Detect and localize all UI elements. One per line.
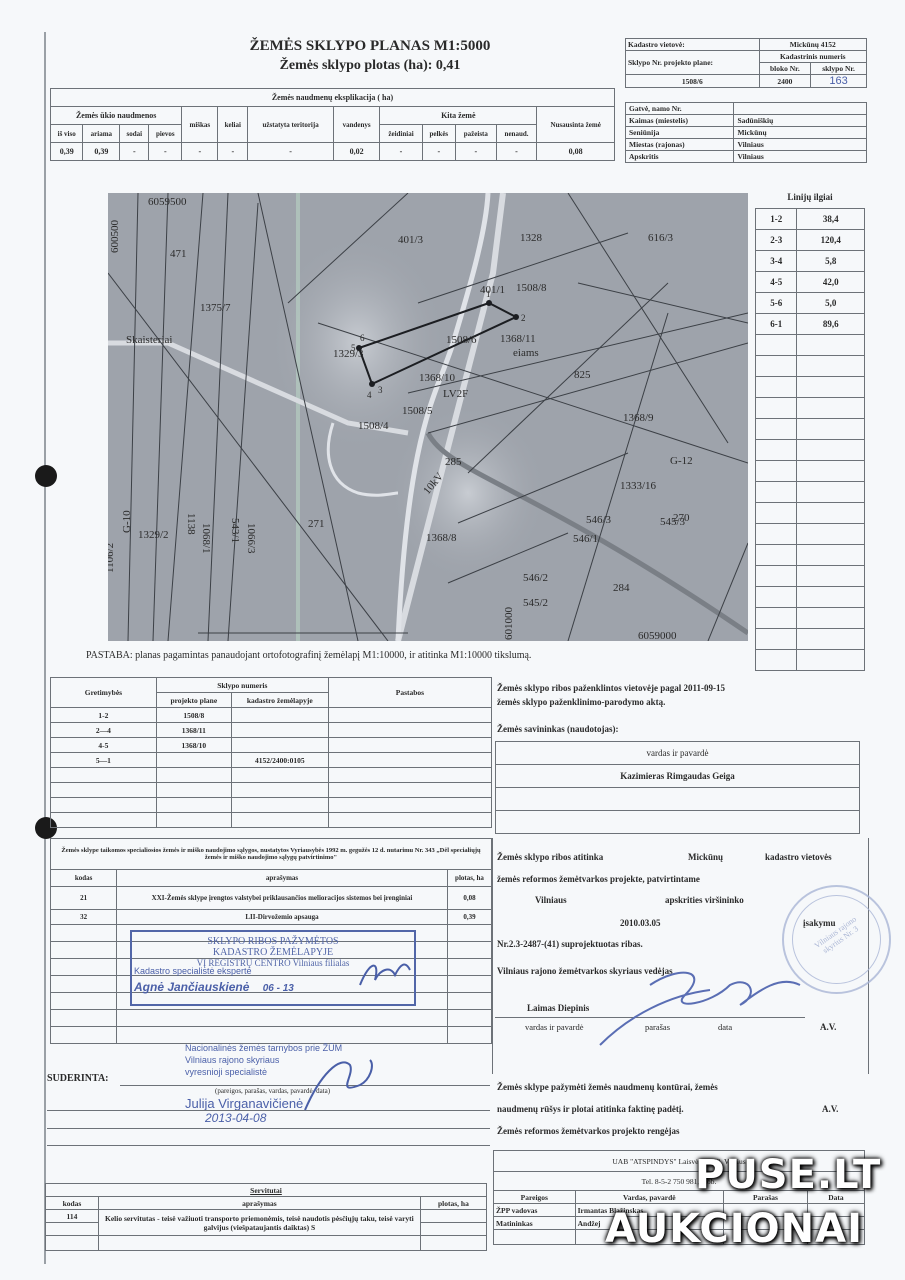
owner-label: Žemės savininkas (naudotojas): [497, 724, 619, 734]
neighbor-row [51, 783, 492, 798]
cell [797, 545, 865, 566]
line-length-row: 6-189,6 [756, 314, 865, 335]
label: bloko Nr. [759, 63, 811, 75]
col-header: Pastabos [328, 678, 491, 708]
plot-area: Žemės sklypo plotas (ha): 0,41 [150, 58, 590, 74]
col-header: keliai [218, 107, 248, 143]
cell: 6-1 [756, 314, 797, 335]
label: Kaimas (miestelis) [626, 115, 734, 127]
line-length-row [756, 377, 865, 398]
col-header: ariama [83, 125, 120, 143]
map-label: 1138 [185, 513, 197, 535]
map-label: 6059500 [148, 196, 187, 208]
map-label: 1333/16 [620, 480, 657, 492]
cell: 1-2 [51, 708, 157, 723]
map-label: LV2F [443, 388, 468, 400]
cell [328, 768, 491, 783]
survey-text: Žemės reformos žemėtvarkos projekto reng… [497, 1126, 679, 1136]
line-length-row [756, 503, 865, 524]
col-header: aprašymas [117, 870, 448, 887]
cell: LII-Dirvožemio apsauga [117, 910, 448, 925]
map-label: 546/1 [573, 533, 598, 545]
map-label: G-10 [121, 510, 133, 533]
agreed-date: 2013-04-08 [205, 1111, 266, 1125]
map-label: 1068/1 [200, 523, 212, 554]
cell [797, 629, 865, 650]
watermark-line-2: AUKCIONAI [605, 1206, 863, 1252]
value: Vilniaus [734, 139, 867, 151]
col-header: miškas [182, 107, 218, 143]
cell: Kelio servitutas - teisė važiuoti transp… [98, 1210, 420, 1236]
map-label: 1368/8 [426, 532, 457, 544]
value: Mickūnų [734, 127, 867, 139]
map-label: 546/2 [523, 572, 548, 584]
cell: 0,39 [447, 910, 491, 925]
value: Vilniaus [734, 151, 867, 163]
neighbor-row [51, 813, 492, 828]
value [734, 103, 867, 115]
value: Sadūniškių [734, 115, 867, 127]
cell [156, 798, 231, 813]
conformity-text: Žemės sklypo ribos atitinka [497, 852, 603, 862]
map-label: 401/3 [398, 234, 424, 246]
map-label: 1328 [520, 232, 543, 244]
cell: - [182, 143, 218, 161]
map-label: 1368/11 [500, 333, 536, 345]
cell [156, 813, 231, 828]
agreed-name: Julija Virganavičienė [185, 1096, 303, 1111]
map-label: 825 [574, 369, 591, 381]
cell [231, 813, 328, 828]
cell [756, 608, 797, 629]
cell: 0,39 [51, 143, 83, 161]
conformity-text: apskrities viršininko [665, 895, 744, 905]
cell [156, 753, 231, 768]
map-label: 1368/10 [419, 372, 456, 384]
label: Kadastrinis numeris [759, 51, 866, 63]
neighbor-row [51, 798, 492, 813]
map-label: G-12 [670, 455, 693, 467]
neighbor-row: 1-21508/8 [51, 708, 492, 723]
map-label: 1106/2 [108, 543, 116, 573]
cell: 5,8 [797, 251, 865, 272]
cell [328, 753, 491, 768]
cell: 21 [51, 887, 117, 910]
map-label: 1329/3 [333, 348, 364, 360]
cell: 1368/11 [156, 723, 231, 738]
cell [51, 798, 157, 813]
cell: - [120, 143, 149, 161]
cell: 0,39 [83, 143, 120, 161]
cell: 2-3 [756, 230, 797, 251]
map-label: 1508/4 [358, 420, 389, 432]
cell: 0,02 [334, 143, 380, 161]
orthophoto-map: 60595006005004711375/7Skaisteriai1329/34… [108, 193, 748, 641]
label: Kadastro vietovė: [626, 39, 760, 51]
col-header: kodas [51, 870, 117, 887]
cell [328, 708, 491, 723]
signature-icon [355, 955, 415, 995]
cell [231, 738, 328, 753]
cell: 5-6 [756, 293, 797, 314]
stamp-date: 06 - 13 [263, 983, 294, 994]
cell [231, 798, 328, 813]
cell: - [218, 143, 248, 161]
cell: 1508/8 [156, 708, 231, 723]
cell: - [380, 143, 422, 161]
cell [797, 377, 865, 398]
cell: - [248, 143, 334, 161]
marking-line-2: žemės sklypo paženklinimo-parodymo aktą. [497, 697, 665, 707]
stamp-line: SKLYPO RIBOS PAŽYMĖTOS [132, 936, 414, 947]
col-header: Nusausinta žemė [537, 107, 615, 143]
label: Sklypo Nr. projekto plane: [626, 51, 760, 75]
cell [797, 440, 865, 461]
cell [797, 608, 865, 629]
av-mark: A.V. [822, 1104, 838, 1114]
map-label: 1368/9 [623, 412, 654, 424]
line-length-row: 2-3120,4 [756, 230, 865, 251]
boundary-point-label: 1 [486, 289, 491, 299]
cell: XXI-Žemės sklype įrengtos valstybei prik… [117, 887, 448, 910]
boundary-point-label: 5 [351, 343, 356, 353]
map-note: PASTABA: planas pagamintas panaudojant o… [86, 650, 531, 661]
cell: - [422, 143, 455, 161]
line-length-row [756, 440, 865, 461]
owner-header: vardas ir pavardė [496, 742, 860, 765]
cell [797, 524, 865, 545]
survey-text: naudmenų rūšys ir plotai atitinka faktin… [497, 1104, 684, 1114]
conformity-order: Nr.2.3-2487-(41) suprojektuotas ribas. [497, 939, 643, 949]
agreed-label: SUDERINTA: [47, 1073, 109, 1084]
cell [756, 587, 797, 608]
cell [328, 738, 491, 753]
line-length-row [756, 335, 865, 356]
signer-name: Laimas Diepinis [527, 1003, 589, 1013]
stamp-name: Agnė Jančiauskienė [134, 980, 249, 994]
col-header: kodas [46, 1197, 99, 1210]
cell: 38,4 [797, 209, 865, 230]
cell: ŽPP vadovas [494, 1204, 576, 1217]
cell [420, 1210, 486, 1223]
map-label: 601000 [503, 607, 515, 641]
boundary-point-label: 3 [378, 385, 383, 395]
line-lengths-title: Linijų ilgiai [755, 192, 865, 202]
line-length-row [756, 419, 865, 440]
map-label: 543/1 [229, 518, 241, 543]
cell: 1368/10 [156, 738, 231, 753]
line-length-row [756, 398, 865, 419]
label: sklypo Nr. [811, 63, 867, 75]
cell: 3-4 [756, 251, 797, 272]
col-header: pažeista [455, 125, 496, 143]
map-label: 1329/2 [138, 529, 169, 541]
cell [756, 461, 797, 482]
map-label: Skaisteriai [126, 334, 172, 346]
conformity-area: Mickūnų [688, 852, 723, 862]
owner-name: Kazimieras Rimgaudas Geiga [496, 765, 860, 788]
cell [328, 813, 491, 828]
col-header: Sklypo numeris [156, 678, 328, 693]
boundary-point-label: 2 [521, 313, 526, 323]
col-header: nenaud. [496, 125, 537, 143]
line-length-row [756, 629, 865, 650]
marking-line-1: Žemės sklypo ribos paženklintos vietovėj… [497, 683, 725, 693]
cell: 0,08 [537, 143, 615, 161]
cell [156, 768, 231, 783]
line-length-row: 3-45,8 [756, 251, 865, 272]
watermark-line-1: PUSE.LT [695, 1152, 881, 1198]
cell [797, 461, 865, 482]
project-number: 1508/6 [626, 75, 760, 88]
cell [756, 545, 797, 566]
explication-caption: Žemės naudmenų eksplikacija ( ha) [51, 89, 615, 107]
boundary-point-label: 4 [367, 390, 372, 400]
map-label: 545/3 [660, 516, 686, 528]
cell [756, 356, 797, 377]
cell: 0,08 [447, 887, 491, 910]
cell: 89,6 [797, 314, 865, 335]
map-label: 1508/8 [516, 282, 547, 294]
map-label: 284 [613, 582, 630, 594]
cell [328, 798, 491, 813]
cell [797, 650, 865, 671]
line-length-row [756, 650, 865, 671]
label: Apskritis [626, 151, 734, 163]
cadastre-area-value: Mickūnų 4152 [759, 39, 866, 51]
cell: Matininkas [494, 1217, 576, 1230]
cell: 5,0 [797, 293, 865, 314]
col-header: vandenys [334, 107, 380, 143]
cell [797, 335, 865, 356]
col-header: plotas, ha [420, 1197, 486, 1210]
cell [756, 377, 797, 398]
col-header: pelkės [422, 125, 455, 143]
cadastre-table: Kadastro vietovė: Mickūnų 4152 Sklypo Nr… [625, 38, 867, 88]
cell [797, 419, 865, 440]
survey-text: Žemės sklype pažymėti žemės naudmenų kon… [497, 1082, 718, 1092]
cell: 4-5 [756, 272, 797, 293]
boundary-point-label: 6 [360, 333, 365, 343]
map-label: 600500 [109, 220, 121, 254]
map-label: 1375/7 [200, 302, 231, 314]
cell: 1-2 [756, 209, 797, 230]
stamp-line: Nacionalinės žemės tarnybos prie ŽŪM [185, 1042, 342, 1054]
col-header: iš viso [51, 125, 83, 143]
line-lengths-table: 1-238,42-3120,43-45,84-542,05-65,06-189,… [755, 208, 865, 671]
col-header: Pareigos [494, 1191, 576, 1204]
cell [756, 419, 797, 440]
line-length-row [756, 482, 865, 503]
map-label: 285 [445, 456, 462, 468]
cell [756, 650, 797, 671]
line-length-row [756, 524, 865, 545]
col-header: užstatyta teritorija [248, 107, 334, 143]
cell [231, 783, 328, 798]
cell [797, 398, 865, 419]
map-label: 616/3 [648, 232, 674, 244]
cell: - [496, 143, 537, 161]
owner-table: vardas ir pavardė Kazimieras Rimgaudas G… [495, 741, 860, 834]
conformity-text: žemės reformos žemėtvarkos projekte, pat… [497, 874, 700, 884]
group-other: Kita žemė [380, 107, 537, 125]
explication-values-row: 0,39 0,39 - - - - - 0,02 - - - - 0,08 [51, 143, 615, 161]
cell [231, 708, 328, 723]
cell [797, 482, 865, 503]
map-label: 1508/6 [446, 334, 477, 346]
neighbor-row [51, 768, 492, 783]
cell: - [149, 143, 182, 161]
line-length-row: 4-542,0 [756, 272, 865, 293]
cell: 114 [46, 1210, 99, 1223]
col-header: projekto plane [156, 693, 231, 708]
cell: 32 [51, 910, 117, 925]
signature-icon [590, 955, 820, 1055]
cell: 120,4 [797, 230, 865, 251]
line-length-row [756, 587, 865, 608]
label: Miestas (rajonas) [626, 139, 734, 151]
col-header: kadastro žemėlapyje [231, 693, 328, 708]
neighbor-row: 5—14152/2400:0105 [51, 753, 492, 768]
cell [756, 566, 797, 587]
sig-label: vardas ir pavardė [525, 1022, 584, 1032]
address-table: Gatvė, namo Nr. Kaimas (miestelis)Sadūni… [625, 102, 867, 163]
cell: 2—4 [51, 723, 157, 738]
map-label: 401/1 [480, 284, 505, 296]
neighbors-table: Gretimybės Sklypo numeris Pastabos proje… [50, 677, 492, 828]
cell: 4-5 [51, 738, 157, 753]
col-header: pievos [149, 125, 182, 143]
cell [797, 356, 865, 377]
av-mark: A.V. [820, 1022, 836, 1032]
cell [51, 813, 157, 828]
block-number: 2400 [759, 75, 811, 88]
easements-caption: Servitutai [46, 1184, 487, 1197]
cell [756, 440, 797, 461]
cell [756, 629, 797, 650]
cell: - [455, 143, 496, 161]
cell [231, 723, 328, 738]
map-label: 545/2 [523, 597, 548, 609]
col-header: žeidiniai [380, 125, 422, 143]
conformity-date: 2010.03.05 [620, 918, 661, 928]
line-length-row [756, 566, 865, 587]
line-length-row [756, 545, 865, 566]
cell [51, 768, 157, 783]
map-label: 1508/5 [402, 405, 433, 417]
cell: 42,0 [797, 272, 865, 293]
cell [797, 587, 865, 608]
document-title: ŽEMĖS SKLYPO PLANAS M1:5000 [150, 38, 590, 55]
line-length-row [756, 608, 865, 629]
conformity-text: Vilniaus [535, 895, 567, 905]
cell [328, 783, 491, 798]
map-label: 271 [308, 518, 325, 530]
land-use-explication-table: Žemės naudmenų eksplikacija ( ha) Žemės … [50, 88, 615, 161]
line-length-row: 1-238,4 [756, 209, 865, 230]
col-header: plotas, ha [447, 870, 491, 887]
punch-hole [35, 465, 57, 487]
cell [231, 768, 328, 783]
neighbor-row: 4-51368/10 [51, 738, 492, 753]
neighbor-row: 2—41368/11 [51, 723, 492, 738]
line-length-row [756, 356, 865, 377]
cell [328, 723, 491, 738]
cell [756, 482, 797, 503]
map-label: eiams [513, 347, 539, 359]
col-header: Gretimybės [51, 678, 157, 708]
easements-table: Servitutai kodas aprašymas plotas, ha 11… [45, 1183, 487, 1251]
cell [797, 503, 865, 524]
col-header: sodai [120, 125, 149, 143]
map-label: 6059000 [638, 630, 677, 641]
map-label: 471 [170, 248, 187, 260]
conformity-text: kadastro vietovės [765, 852, 832, 862]
cell [756, 503, 797, 524]
cell: 5—1 [51, 753, 157, 768]
map-label: 546/3 [586, 514, 612, 526]
cell [51, 783, 157, 798]
cell [756, 524, 797, 545]
col-header: aprašymas [98, 1197, 420, 1210]
cell [156, 783, 231, 798]
line-length-row [756, 461, 865, 482]
label: Gatvė, namo Nr. [626, 103, 734, 115]
group-farm: Žemės ūkio naudmenos [51, 107, 182, 125]
map-label: 1066/3 [245, 523, 257, 554]
line-length-row: 5-65,0 [756, 293, 865, 314]
plot-number-handwritten: 163 [811, 75, 867, 88]
special-conditions-caption: Žemės sklype taikomos specialiosios žemė… [51, 839, 492, 870]
cell: 4152/2400:0105 [231, 753, 328, 768]
cell [756, 335, 797, 356]
cell [756, 398, 797, 419]
label: Seniūnija [626, 127, 734, 139]
signature-icon [300, 1055, 380, 1115]
cell [797, 566, 865, 587]
